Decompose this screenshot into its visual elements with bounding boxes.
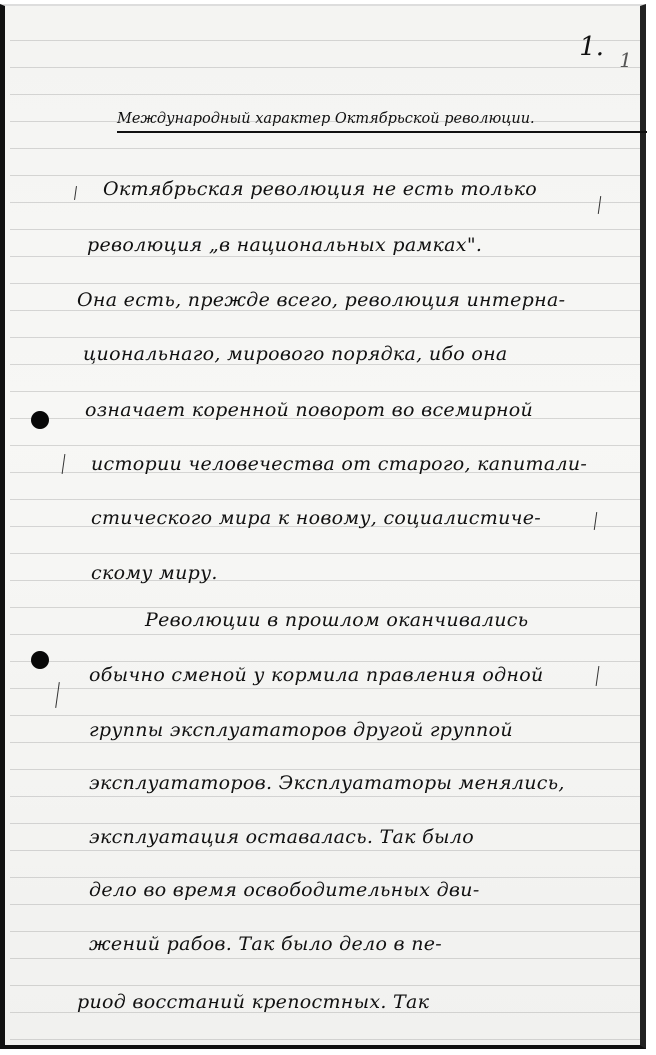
text-line: обычно сменой у кормила правления одной bbox=[89, 664, 544, 686]
archive-page-number: 1 bbox=[619, 48, 632, 72]
manuscript-page: 1. 1 Международный характер Октябрьской … bbox=[0, 4, 646, 1049]
text-line: эксплуататоров. Эксплуататоры менялись, bbox=[89, 772, 565, 794]
text-line: эксплуатация оставалась. Так было bbox=[89, 826, 474, 848]
text-line: группы эксплуататоров другой группой bbox=[89, 719, 513, 741]
page-title: Международный характер Октябрьской револ… bbox=[117, 111, 647, 133]
text-line: революция „в национальных рамках". bbox=[87, 234, 482, 256]
text-line: циональнаго, мирового порядка, ибо она bbox=[83, 343, 508, 365]
text-line: Октябрьская революция не есть только bbox=[103, 178, 537, 200]
text-line: Революции в прошлом оканчивались bbox=[145, 609, 528, 631]
punch-hole bbox=[31, 651, 49, 669]
text-line: Она есть, прежде всего, революция интерн… bbox=[77, 289, 565, 311]
text-line: жений рабов. Так было дело в пе- bbox=[89, 933, 442, 955]
punch-hole bbox=[31, 411, 49, 429]
text-line: истории человечества от старого, капитал… bbox=[91, 453, 587, 475]
text-line: риод восстаний крепостных. Так bbox=[77, 991, 429, 1013]
text-line: дело во время освободительных дви- bbox=[89, 879, 480, 901]
text-line: означает коренной поворот во всемирной bbox=[85, 399, 533, 421]
page-number: 1. bbox=[579, 32, 604, 62]
text-line: скому миру. bbox=[91, 562, 218, 584]
text-line: стического мира к новому, социалистиче- bbox=[91, 507, 541, 529]
